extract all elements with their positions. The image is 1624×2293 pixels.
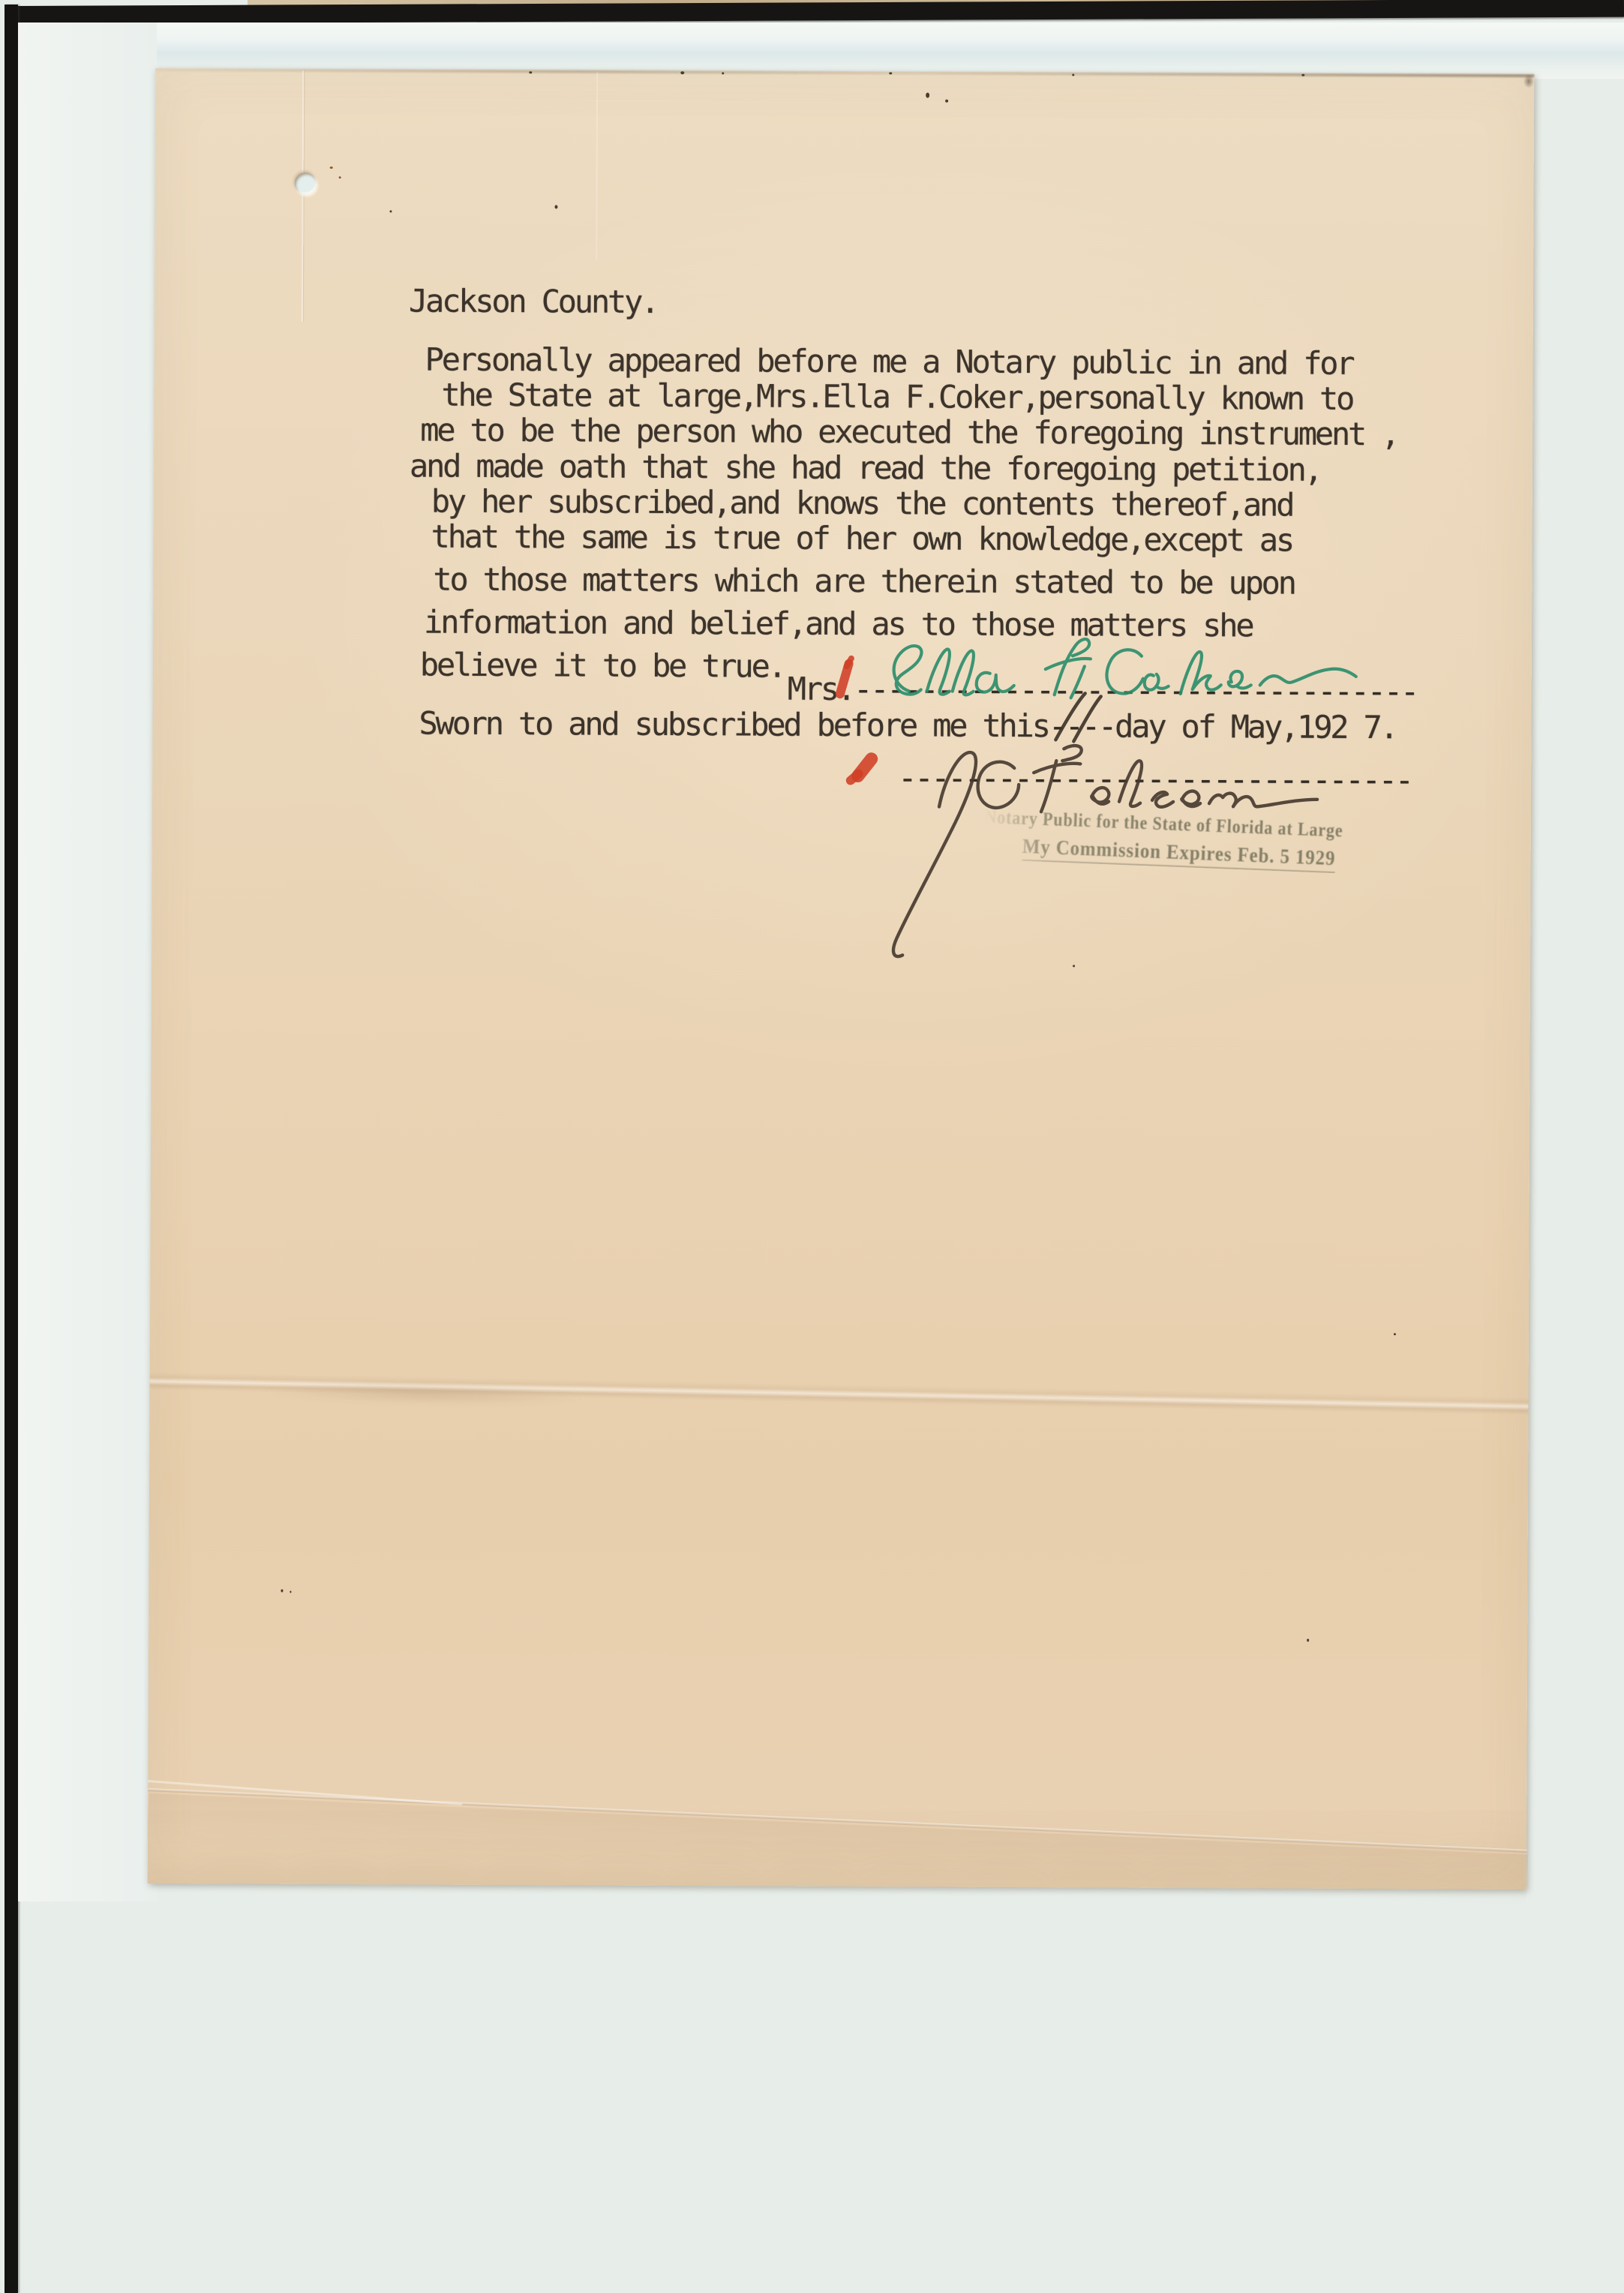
affiant-signature (878, 626, 1365, 715)
paper-speck (1073, 965, 1075, 967)
edge-dirt-speck (722, 72, 724, 74)
edge-dirt-speck (1072, 74, 1074, 76)
paper-speck (554, 205, 557, 209)
document-page: Jackson County. Personally appeared befo… (148, 68, 1535, 1889)
body-line: by her subscribed,and knows the contents… (431, 484, 1293, 523)
punch-hole (295, 173, 317, 194)
edge-dirt-speck (1301, 74, 1304, 77)
notary-signature (866, 722, 1332, 972)
rust-speck (339, 176, 341, 179)
paper-speck (945, 100, 948, 103)
edge-dirt-speck (680, 71, 684, 74)
scanned-document-canvas: Jackson County. Personally appeared befo… (0, 0, 1624, 2293)
scanner-border-left (5, 5, 18, 2293)
body-line: me to be the person who executed the for… (420, 413, 1397, 452)
rust-speck (330, 167, 333, 169)
corner-smudge (1498, 74, 1534, 121)
body-line: to those matters which are therein state… (433, 562, 1295, 601)
vertical-crease (302, 71, 304, 322)
edge-dirt-speck (529, 71, 532, 74)
body-line: and made oath that she had read the fore… (410, 448, 1321, 487)
diagonal-crease-shadow (147, 1793, 1528, 1907)
paper-speck (281, 1589, 283, 1592)
paper-speck (1307, 1639, 1309, 1642)
body-line: believe it to be true. (420, 647, 785, 684)
vertical-crease-faint (596, 72, 598, 260)
paper-speck (926, 92, 929, 98)
body-line: that the same is true of her own knowled… (431, 519, 1292, 558)
edge-dirt-speck (889, 72, 892, 74)
paper-speck (389, 210, 392, 212)
body-line: Personally appeared before me a Notary p… (425, 342, 1352, 381)
paper-speck (1394, 1333, 1396, 1335)
county-heading: Jackson County. (409, 283, 657, 319)
body-line: the State at large,Mrs.Ella F.Coker,pers… (441, 377, 1352, 416)
paper-speck (290, 1591, 291, 1593)
backing-mat-left (18, 23, 157, 1901)
